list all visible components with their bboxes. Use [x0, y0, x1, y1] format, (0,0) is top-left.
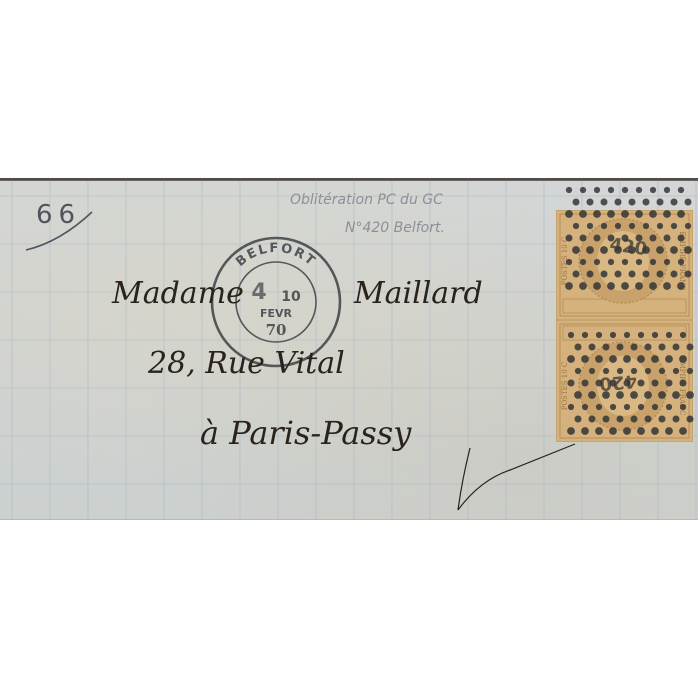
stamp-top: EMPIRE FRANC POSTES 10 C [557, 211, 692, 319]
address-salutation: Madame [112, 276, 244, 311]
address-recipient-name: Maillard [354, 276, 483, 311]
stamp-bottom: EMPIRE FRANC POSTES 10 C [557, 321, 692, 441]
pencil-note-line2: N°420 Belfort. [345, 220, 445, 236]
stamp-design-icon: EMPIRE FRANC POSTES 10 C [557, 211, 692, 319]
address-flourish [440, 440, 580, 520]
address-line-1: MadameMaillard [112, 276, 483, 311]
stamp-pair: EMPIRE FRANC POSTES 10 C EMPIRE FRANC PO… [557, 211, 692, 441]
svg-text:POSTES 10 C: POSTES 10 C [561, 362, 569, 411]
address-line-2: 28, Rue Vital [148, 346, 345, 381]
svg-text:POSTES 10 C: POSTES 10 C [561, 237, 569, 286]
stamp-design-icon: EMPIRE FRANC POSTES 10 C [557, 321, 692, 441]
envelope-top-edge [0, 178, 698, 181]
address-line-3: à Paris-Passy [200, 414, 411, 452]
svg-text:70: 70 [266, 321, 287, 339]
reference-underline [20, 206, 100, 256]
pencil-note-line1: Oblitération PC du GC [290, 192, 443, 208]
svg-text:EMPIRE FRANC: EMPIRE FRANC [678, 356, 686, 415]
svg-text:EMPIRE FRANC: EMPIRE FRANC [678, 231, 686, 290]
envelope: 66 Oblitération PC du GC N°420 Belfort. … [0, 178, 698, 520]
